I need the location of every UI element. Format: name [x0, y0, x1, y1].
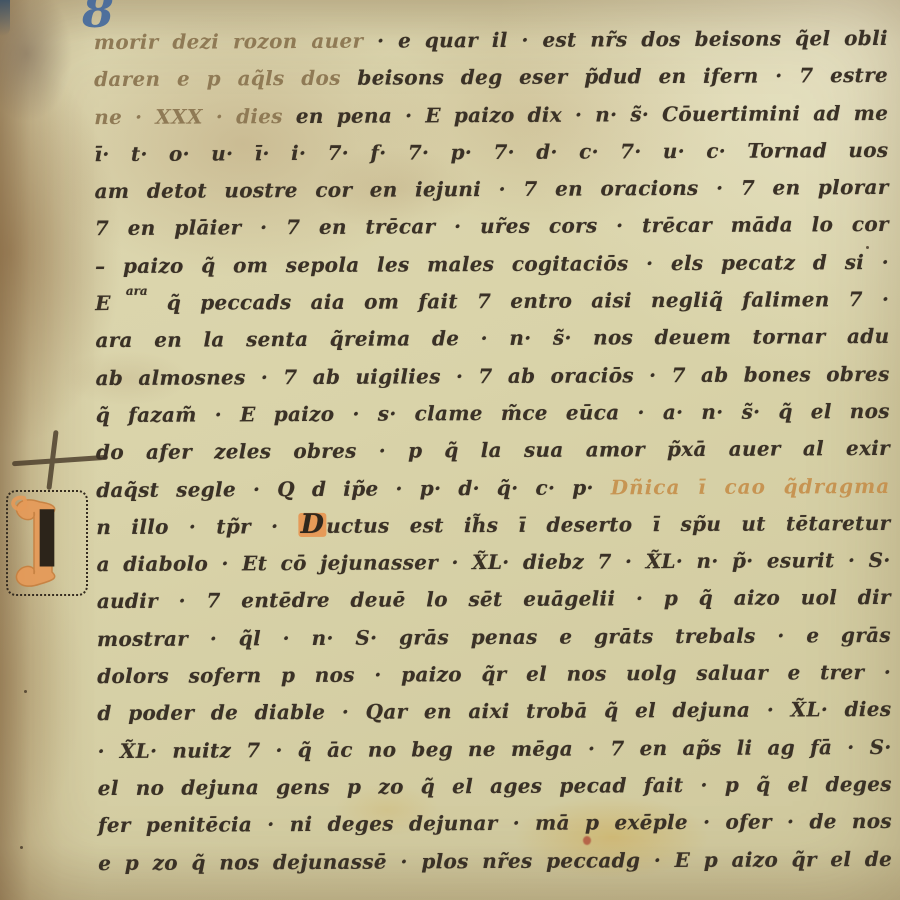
manuscript-line: 7 en plāier · 7 en trēcar · ur̃es cors ·…	[95, 206, 889, 247]
manuscript-line: daq̃st segle · Q d ip̃e · p· d· q̃· c· p…	[96, 467, 890, 508]
manuscript-text-segment: n illo · tp̃r ·	[96, 514, 298, 539]
manuscript-line: – paizo q̃ om sepola les males cogitaciō…	[95, 244, 889, 285]
manuscript-text-segment: am detot uostre cor en iejuni · 7 en ora…	[95, 175, 889, 203]
manuscript-text-segment: E	[95, 291, 130, 315]
manuscript-line: el no dejuna gens p zo q̃ el ages pecad …	[98, 766, 892, 807]
manuscript-line: ī· t· o· u· ī· i· 7· f· 7· p· 7· d· c· 7…	[94, 132, 888, 173]
ink-speck	[24, 690, 27, 693]
cross-horizontal-stroke	[12, 455, 108, 467]
manuscript-text-segment: daq̃st segle · Q d ip̃e · p· d· q̃· c· p…	[96, 475, 611, 502]
manuscript-line: am detot uostre cor en iejuni · 7 en ora…	[95, 169, 889, 210]
ink-speck	[20, 846, 23, 849]
red-pigment-speck	[583, 836, 591, 845]
manuscript-line: morir dezi rozon auer · e quar il · est …	[94, 20, 888, 61]
manuscript-text-segment: beisons deg eser p̃dud en ifern · 7 estr…	[357, 63, 888, 90]
manuscript-text-segment: ī· t· o· u· ī· i· 7· f· 7· p· 7· d· c· 7…	[94, 138, 888, 166]
manuscript-line: do afer zeles obres · p q̃ la sua amor p…	[96, 430, 890, 471]
manuscript-line: ara en la senta q̃reima de · n· s̃· nos …	[95, 318, 889, 359]
manuscript-page: 8 I morir dezi rozon auer · e quar il · …	[0, 0, 900, 900]
manuscript-text-segment: · e quar il · est nr̃s dos beisons q̃el …	[377, 26, 888, 53]
manuscript-line: d poder de diable · Qar en aixi trobā q̃…	[97, 691, 891, 732]
manuscript-line: e p zo q̃ nos dejunassē · plos nr̃es pec…	[98, 840, 892, 881]
decorated-initial-frame: I	[6, 490, 88, 596]
manuscript-text-block: morir dezi rozon auer · e quar il · est …	[94, 20, 892, 882]
manuscript-text-segment: a diabolo · Et cō jejunasser · X̃L· dieb…	[97, 548, 891, 576]
faded-text-segment: morir dezi rozon auer	[94, 29, 377, 54]
manuscript-text-segment: mostrar · q̃l · n· S· grās penas e grāts…	[97, 623, 891, 651]
ink-speck	[866, 246, 869, 249]
manuscript-text-segment: q̃ fazam̃ · E paizo · s· clame m̃ce eūca…	[96, 399, 890, 427]
manuscript-text-segment: e p zo q̃ nos dejunassē · plos nr̃es pec…	[98, 846, 892, 874]
interlinear-gloss: ara	[126, 284, 148, 298]
rubric-text: Dñica ī cao q̃dragma	[611, 473, 891, 498]
manuscript-text-segment: · X̃L· nuitz 7 · q̃ āc no beg ne mēga · …	[98, 735, 892, 763]
manuscript-text-segment: audir · 7 entēdre deuē lo sēt euāgelii ·…	[97, 585, 891, 613]
manuscript-line: · X̃L· nuitz 7 · q̃ āc no beg ne mēga · …	[97, 729, 891, 770]
manuscript-text-segment: 7 en plāier · 7 en trēcar · ur̃es cors ·…	[95, 212, 889, 240]
manuscript-text-segment: do afer zeles obres · p q̃ la sua amor p…	[96, 436, 890, 464]
manuscript-text-segment: en pena · E paizo dix · n· s̃· Cōuertimi…	[296, 101, 889, 128]
ornamental-capital: D	[298, 513, 326, 537]
manuscript-line: ne · XXX · dies en pena · E paizo dix · …	[94, 95, 888, 136]
manuscript-line: audir · 7 entēdre deuē lo sēt euāgelii ·…	[97, 579, 891, 620]
manuscript-line: daren e p aq̃ls dos beisons deg eser p̃d…	[94, 57, 888, 98]
manuscript-line: q̃ fazam̃ · E paizo · s· clame m̃ce eūca…	[96, 393, 890, 434]
manuscript-line: n illo · tp̃r · Ductus est ih̃s ī desert…	[96, 505, 890, 546]
blue-ink-smudge	[0, 0, 10, 36]
manuscript-text-segment: ab almosnes · 7 ab uigilies · 7 ab oraci…	[96, 362, 890, 390]
manuscript-text-segment: el no dejuna gens p zo q̃ el ages pecad …	[98, 772, 892, 800]
faded-text-segment: ne · XXX · dies	[94, 104, 296, 129]
manuscript-line: mostrar · q̃l · n· S· grās penas e grāts…	[97, 617, 891, 658]
manuscript-line: ab almosnes · 7 ab uigilies · 7 ab oraci…	[96, 356, 890, 397]
manuscript-line: E ara q̃ peccads aia om fait 7 entro ais…	[95, 281, 889, 322]
faded-text-segment: daren e p aq̃ls dos	[94, 66, 357, 91]
manuscript-line: dolors sofern p nos · paizo q̃r el nos u…	[97, 654, 891, 695]
manuscript-text-segment: uctus est ih̃s ī deserto ī sp̃u ut tētar…	[326, 511, 890, 538]
manuscript-text-segment: fer penitēcia · ni deges dejunar · mā p …	[98, 809, 892, 837]
manuscript-line: fer penitēcia · ni deges dejunar · mā p …	[98, 803, 892, 844]
manuscript-text-segment: – paizo q̃ om sepola les males cogitaciō…	[95, 250, 889, 278]
manuscript-text-segment: dolors sofern p nos · paizo q̃r el nos u…	[97, 660, 891, 688]
manuscript-text-segment: ara en la senta q̃reima de · n· s̃· nos …	[95, 324, 889, 352]
manuscript-text-segment: d poder de diable · Qar en aixi trobā q̃…	[97, 697, 891, 725]
manuscript-text-segment: q̃ peccads aia om fait 7 entro aisi negl…	[148, 287, 890, 315]
decorated-initial-letter: I	[32, 502, 61, 580]
manuscript-line: a diabolo · Et cō jejunasser · X̃L· dieb…	[96, 542, 890, 583]
